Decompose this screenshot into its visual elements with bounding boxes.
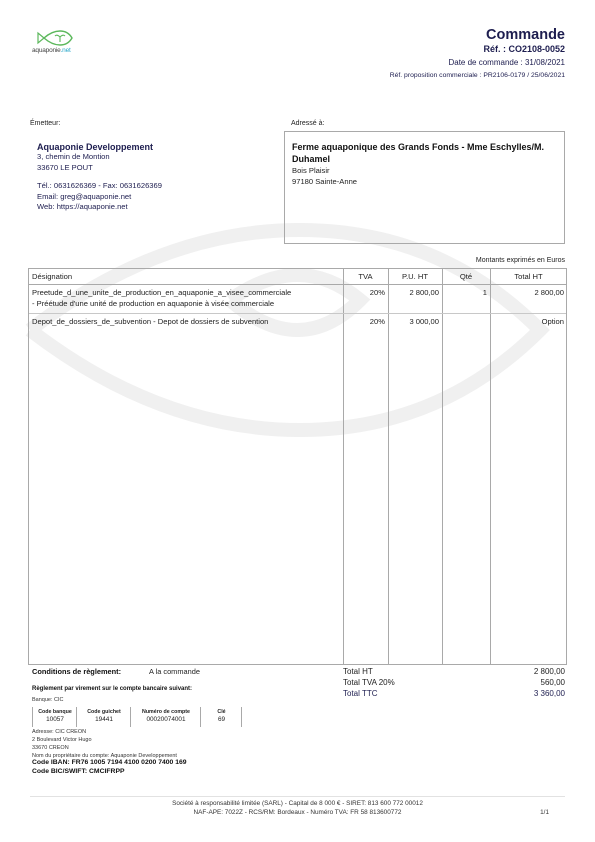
account-number-value: 00020074001 [131,716,201,723]
sender-web: Web: https://aquaponie.net [37,202,277,213]
total-tva-row: Total TVA 20% 560,00 [343,678,565,689]
sender-phone: Tél.: 0631626369 - Fax: 0631626369 [37,181,277,192]
row-total-ht: 2 800,00 [490,288,564,299]
row-designation: Depot_de_dossiers_de_subvention - Depot … [32,317,268,328]
row-pu-ht: 3 000,00 [388,317,439,328]
sender-email: Email: greg@aquaponie.net [37,192,277,203]
designation-code: Preetude_d_une_unite_de_production_en_aq… [32,288,291,299]
payment-conditions-label: Conditions de règlement: [32,667,121,676]
sender-name: Aquaponie Developpement [37,142,277,152]
recipient-name: Ferme aquaponique des Grands Fonds - Mme… [292,142,557,165]
bank-transfer-label: Règlement par virement sur le compte ban… [32,686,192,692]
header-designation: Désignation [32,272,72,283]
key-column: Clé 69 [200,707,242,727]
column-divider [490,269,491,664]
branch-code-column: Code guichet 19441 [76,707,131,727]
row-tva: 20% [343,288,385,299]
header-pu-ht: P.U. HT [388,272,442,283]
iban-block: Code IBAN: FR76 1005 7194 4100 0200 7400… [32,759,187,776]
order-reference: Réf. : CO2108-0052 [483,44,565,54]
bank-address: Adresse: CIC CREON 2 Boulevard Victor Hu… [32,728,177,760]
sender-address-line: 33670 LE POUT [37,163,277,174]
logo-text: aquaponie.net [32,47,71,54]
recipient-box: Ferme aquaponique des Grands Fonds - Mme… [284,131,565,244]
total-label: Total TTC [343,689,378,698]
footer-registration-line: NAF-APE: 7022Z - RCS/RM: Bordeaux - Numé… [0,809,595,816]
iban-code: Code IBAN: FR76 1005 7194 4100 0200 7400… [32,759,187,768]
header-divider [29,284,566,285]
designation-label: - Préétude d'une unité de production en … [32,299,291,310]
row-total-ht: Option [490,317,564,328]
currency-note: Montants exprimés en Euros [476,257,565,264]
document-title: Commande [486,27,565,43]
recipient-label: Adressé à: [291,120,324,127]
total-value: 2 800,00 [534,667,565,676]
account-number-head: Numéro de compte [131,709,201,715]
row-tva: 20% [343,317,385,328]
bank-address-line: 33670 CREON [32,744,177,752]
bank-code-value: 10057 [33,716,77,723]
header-tva: TVA [343,272,388,283]
row-pu-ht: 2 800,00 [388,288,439,299]
recipient-address-line: 97180 Sainte-Anne [292,177,357,188]
order-date: Date de commande : 31/08/2021 [448,58,565,67]
page-number: 1/1 [540,809,549,816]
branch-code-value: 19441 [77,716,131,723]
header-total-ht: Total HT [490,272,567,283]
bank-address-line: Adresse: CIC CREON [32,728,177,736]
bic-code: Code BIC/SWIFT: CMCIFRPP [32,768,187,777]
row-designation: Preetude_d_une_unite_de_production_en_aq… [32,288,291,309]
column-divider [442,269,443,664]
key-head: Clé [201,709,242,715]
sender-block: Aquaponie Developpement 3, chemin de Mon… [37,142,277,213]
branch-code-head: Code guichet [77,709,131,715]
totals-block: Total HT 2 800,00 Total TVA 20% 560,00 T… [343,667,565,700]
proposal-reference: Réf. proposition commerciale : PR2106-01… [390,72,565,79]
footer-legal-line: Société à responsabilité limitée (SARL) … [0,800,595,807]
sender-address-line: 3, chemin de Montion [37,152,277,163]
total-label: Total HT [343,667,373,676]
total-ttc-row: Total TTC 3 360,00 [343,689,565,700]
total-value: 560,00 [541,678,565,687]
total-ht-row: Total HT 2 800,00 [343,667,565,678]
sender-label: Émetteur: [30,120,60,127]
fish-logo-icon [30,30,90,46]
column-divider [343,269,344,664]
bank-address-line: 2 Boulevard Victor Hugo [32,736,177,744]
items-table: Désignation TVA P.U. HT Qté Total HT Pre… [28,268,567,665]
account-number-column: Numéro de compte 00020074001 [130,707,201,727]
bank-code-head: Code banque [33,709,77,715]
column-divider [388,269,389,664]
key-value: 69 [201,716,242,723]
header-qty: Qté [442,272,490,283]
bank-name: Banque: CIC [32,697,64,703]
row-qty: 1 [442,288,487,299]
total-label: Total TVA 20% [343,678,395,687]
bank-code-column: Code banque 10057 [32,707,77,727]
recipient-address-line: Bois Plaisir [292,166,357,177]
payment-conditions-value: A la commande [149,667,200,676]
company-logo: aquaponie.net [30,30,90,56]
footer-divider [30,796,565,797]
row-divider [29,313,566,314]
total-value: 3 360,00 [534,689,565,698]
